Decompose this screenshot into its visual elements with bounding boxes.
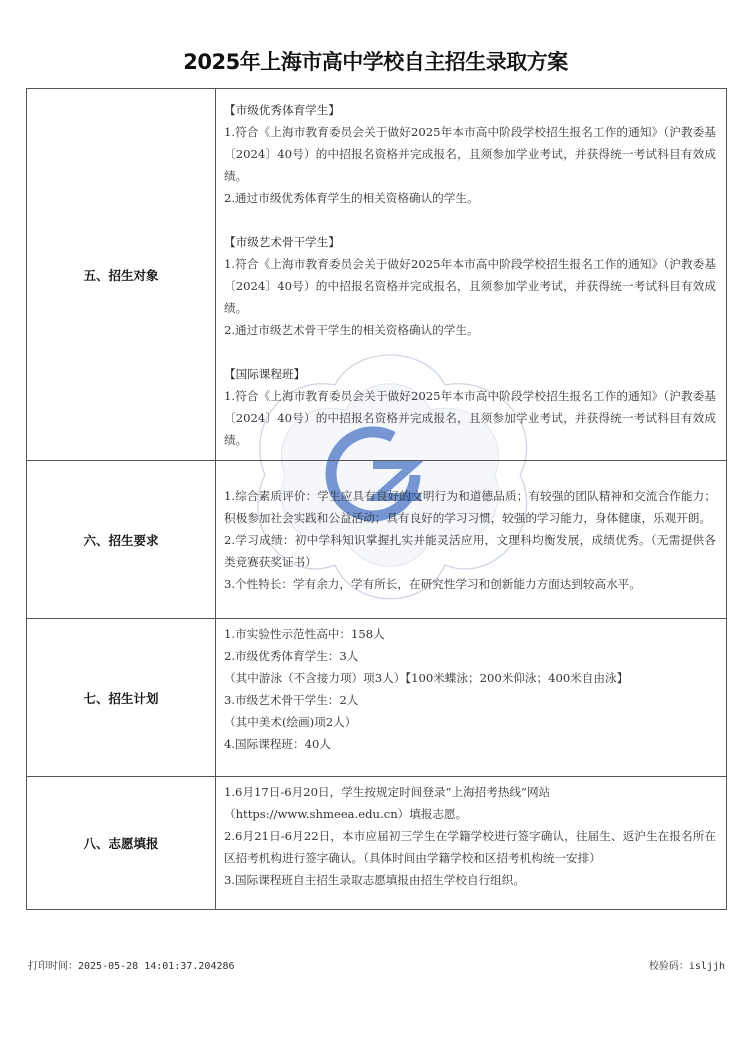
row-label-application: 八、志愿填报 (27, 777, 216, 910)
list-item: 2.通过市级优秀体育学生的相关资格确认的学生。 (224, 187, 716, 209)
row-label-requirements: 六、招生要求 (27, 461, 216, 619)
row-content-plan: 1.市实验性示范性高中：158人 2.市级优秀体育学生：3人 （其中游泳（不含接… (216, 619, 727, 777)
list-item: 2.市级优秀体育学生：3人 (224, 645, 716, 667)
table-row-plan: 七、招生计划 1.市实验性示范性高中：158人 2.市级优秀体育学生：3人 （其… (27, 619, 727, 777)
table-row-requirements: 六、招生要求 1.综合素质评价：学生应具有良好的文明行为和道德品质；有较强的团队… (27, 461, 727, 619)
group-heading: 【市级优秀体育学生】 (224, 99, 716, 121)
list-item: 2.学习成绩：初中学科知识掌握扎实并能灵活应用，文理科均衡发展，成绩优秀。（无需… (224, 529, 716, 573)
list-item: 3.市级艺术骨干学生：2人 (224, 689, 716, 711)
row-content-application: 1.6月17日-6月20日，学生按规定时间登录“上海招考热线”网站 （https… (216, 777, 727, 910)
group-heading: 【国际课程班】 (224, 363, 716, 385)
row-content-requirements: 1.综合素质评价：学生应具有良好的文明行为和道德品质；有较强的团队精神和交流合作… (216, 461, 727, 619)
list-item: 1.符合《上海市教育委员会关于做好2025年本市高中阶段学校招生报名工作的通知》… (224, 253, 716, 319)
list-item: 1.符合《上海市教育委员会关于做好2025年本市高中阶段学校招生报名工作的通知》… (224, 121, 716, 187)
list-item: （其中游泳（不含接力项）项3人）【100米蝶泳；200米仰泳；400米自由泳】 (224, 667, 716, 689)
print-time: 打印时间：2025-05-28 14:01:37.204286 (28, 957, 235, 972)
group-heading: 【市级艺术骨干学生】 (224, 231, 716, 253)
list-item: （其中美术(绘画)项2人） (224, 711, 716, 733)
list-item: 1.市实验性示范性高中：158人 (224, 623, 716, 645)
table-row-targets: 五、招生对象 【市级优秀体育学生】 1.符合《上海市教育委员会关于做好2025年… (27, 89, 727, 461)
list-item: 1.符合《上海市教育委员会关于做好2025年本市高中阶段学校招生报名工作的通知》… (224, 385, 716, 451)
list-item: 1.6月17日-6月20日，学生按规定时间登录“上海招考热线”网站 (224, 781, 716, 803)
list-item: 2.6月21日-6月22日，本市应届初三学生在学籍学校进行签字确认，往届生、返沪… (224, 825, 716, 869)
list-item: （https://www.shmeea.edu.cn）填报志愿。 (224, 803, 716, 825)
list-item: 4.国际课程班：40人 (224, 733, 716, 755)
list-item: 1.综合素质评价：学生应具有良好的文明行为和道德品质；有较强的团队精神和交流合作… (224, 485, 716, 529)
admission-plan-table: 五、招生对象 【市级优秀体育学生】 1.符合《上海市教育委员会关于做好2025年… (26, 88, 727, 910)
list-item: 3.国际课程班自主招生录取志愿填报由招生学校自行组织。 (224, 869, 716, 891)
row-label-plan: 七、招生计划 (27, 619, 216, 777)
list-item: 3.个性特长：学有余力，学有所长，在研究性学习和创新能力方面达到较高水平。 (224, 573, 716, 595)
table-row-application: 八、志愿填报 1.6月17日-6月20日，学生按规定时间登录“上海招考热线”网站… (27, 777, 727, 910)
row-content-targets: 【市级优秀体育学生】 1.符合《上海市教育委员会关于做好2025年本市高中阶段学… (216, 89, 727, 461)
row-label-targets: 五、招生对象 (27, 89, 216, 461)
document-title: 2025年上海市高中学校自主招生录取方案 (0, 46, 751, 76)
list-item: 2.通过市级艺术骨干学生的相关资格确认的学生。 (224, 319, 716, 341)
check-code: 校验码：isljjh (649, 957, 725, 972)
